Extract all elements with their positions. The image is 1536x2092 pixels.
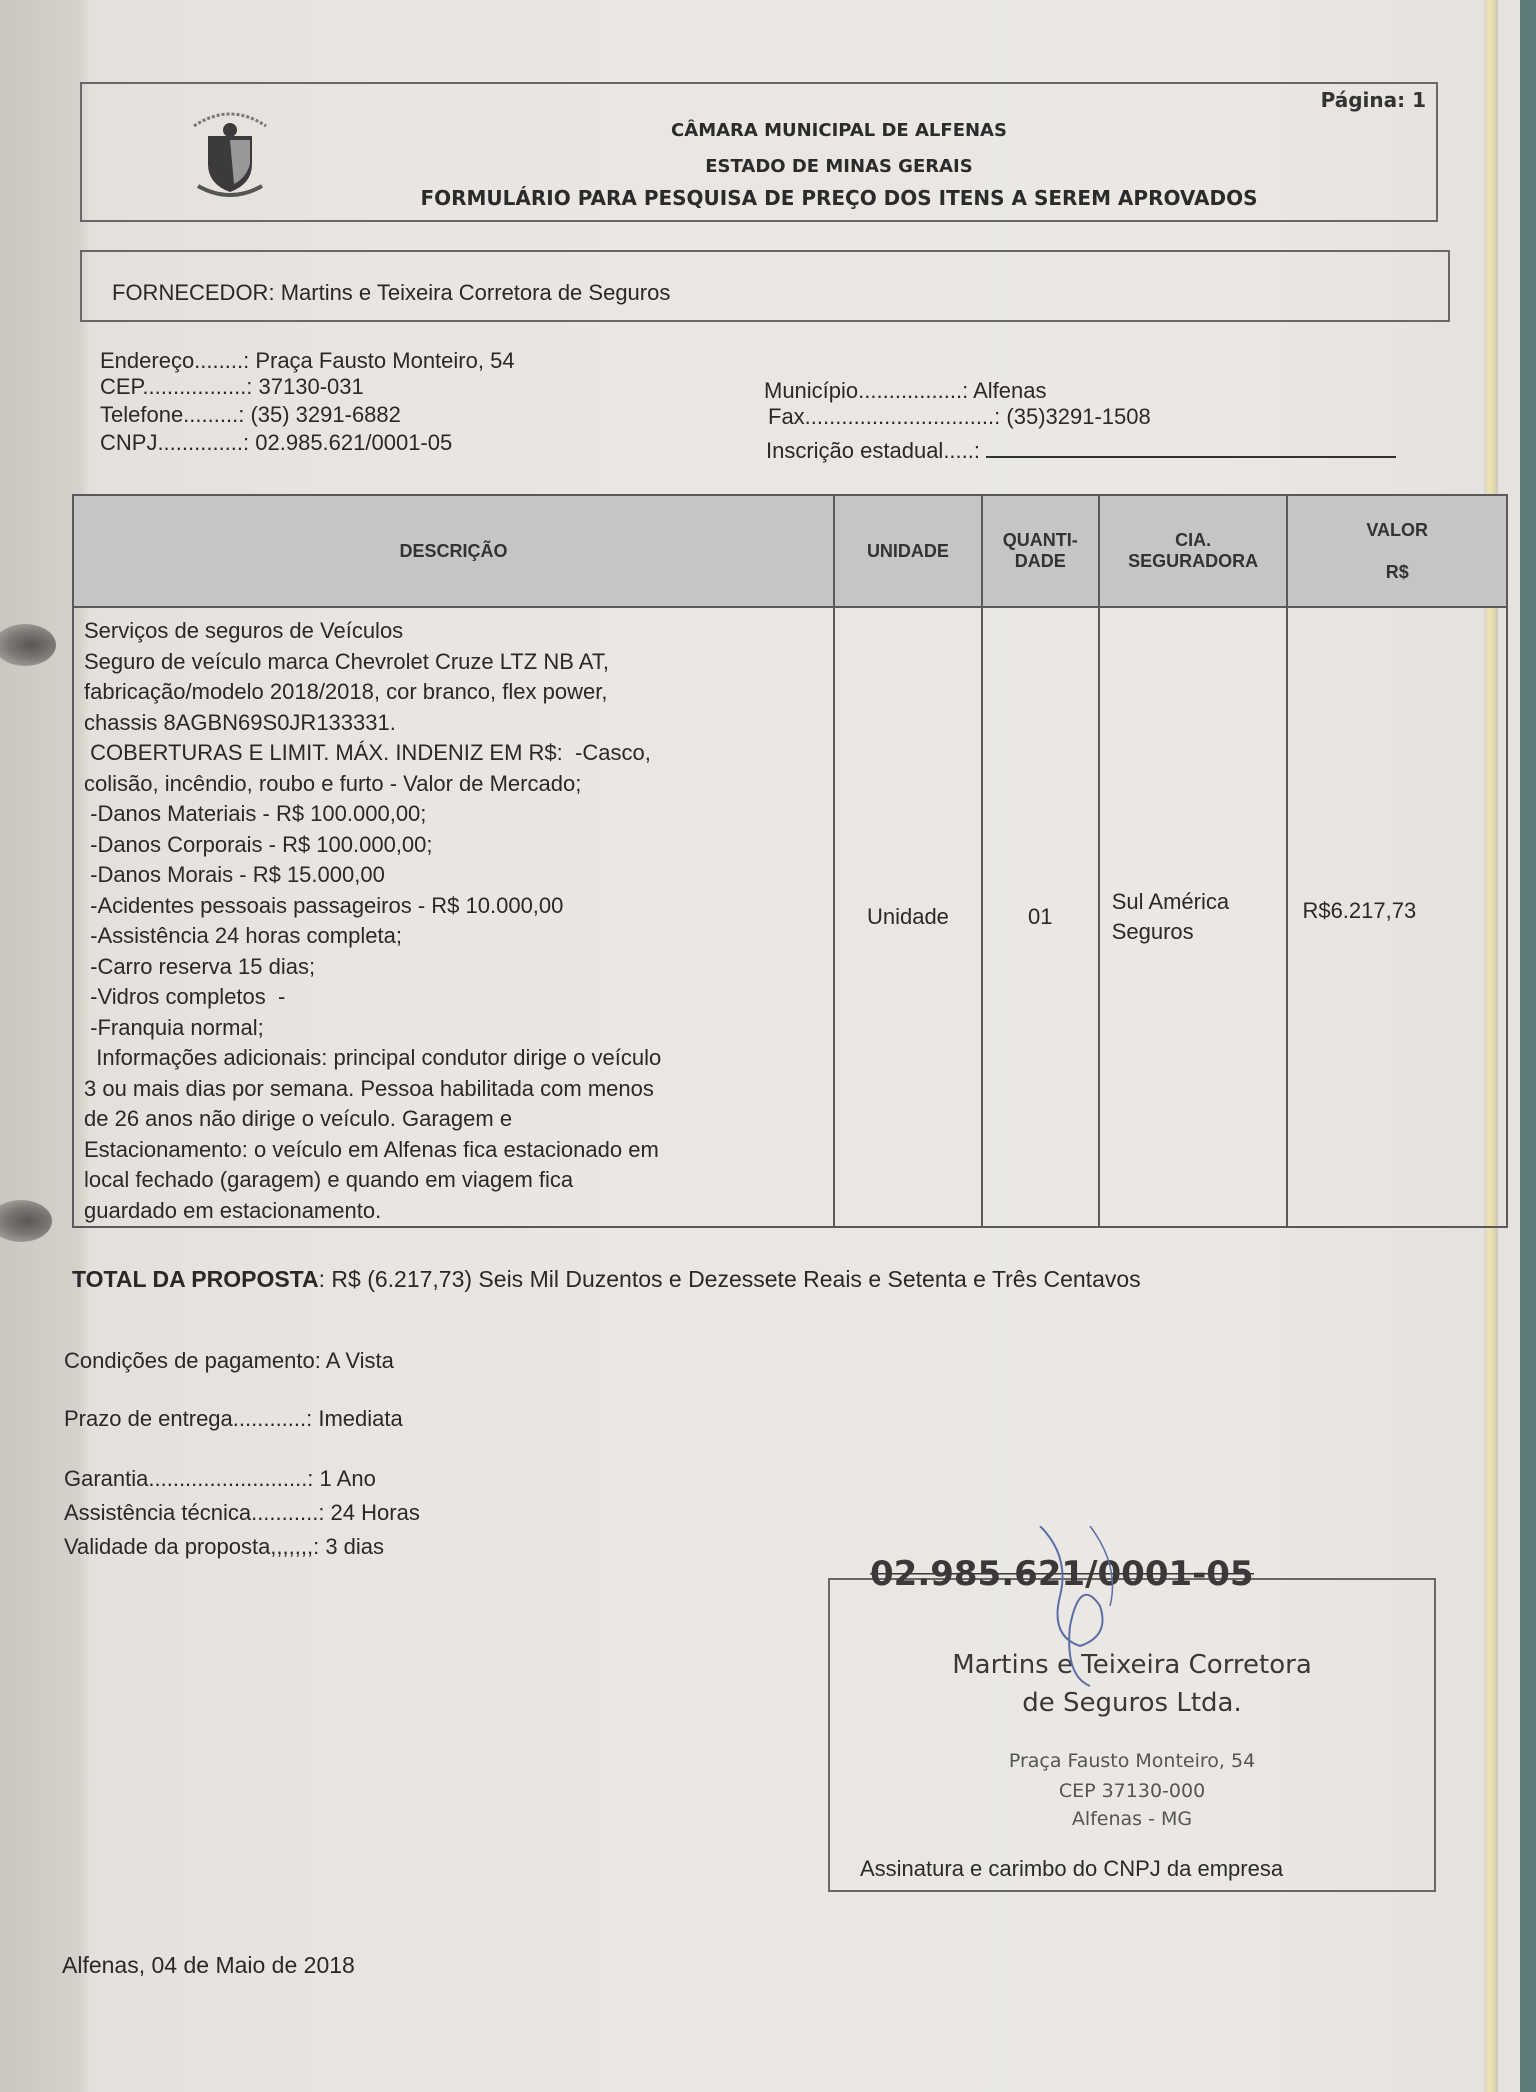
description-line: -Franquia normal; bbox=[84, 1013, 823, 1044]
description-line: Informações adicionais: principal condut… bbox=[84, 1043, 823, 1074]
description-line: -Acidentes pessoais passageiros - R$ 10.… bbox=[84, 891, 823, 922]
header-value-line1: VALOR bbox=[1366, 520, 1428, 540]
description-line: local fechado (garagem) e quando em viag… bbox=[84, 1165, 823, 1196]
description-line: -Carro reserva 15 dias; bbox=[84, 952, 823, 983]
item-insurer-line2: Seguros bbox=[1112, 919, 1194, 944]
address-row: Endereço........: Praça Fausto Monteiro,… bbox=[100, 350, 515, 372]
cep-label: CEP.................: bbox=[100, 374, 252, 399]
description-line: chassis 8AGBN69S0JR133331. bbox=[84, 708, 823, 739]
handwritten-signature-icon bbox=[1010, 1526, 1150, 1736]
description-line: -Danos Corporais - R$ 100.000,00; bbox=[84, 830, 823, 861]
description-line: COBERTURAS E LIMIT. MÁX. INDENIZ EM R$: … bbox=[84, 738, 823, 769]
description-line: de 26 anos não dirige o veículo. Garagem… bbox=[84, 1104, 823, 1135]
state-registration-value bbox=[986, 440, 1396, 458]
form-title: FORMULÁRIO PARA PESQUISA DE PREÇO DOS IT… bbox=[82, 186, 1436, 210]
header-value-line2: R$ bbox=[1386, 562, 1409, 582]
item-insurer: Sul América Seguros bbox=[1099, 607, 1288, 1227]
description-line: colisão, incêndio, roubo e furto - Valor… bbox=[84, 769, 823, 800]
description-line: -Danos Morais - R$ 15.000,00 bbox=[84, 860, 823, 891]
page-number: Página: 1 bbox=[1321, 88, 1426, 112]
description-line: Serviços de seguros de Veículos bbox=[84, 616, 823, 647]
header-quantity-line1: QUANTI- bbox=[1003, 530, 1078, 550]
proposal-validity: Validade da proposta,,,,,,,: 3 dias bbox=[64, 1534, 384, 1560]
delivery-time: Prazo de entrega............: Imediata bbox=[64, 1406, 403, 1432]
supplier-line: FORNECEDOR: Martins e Teixeira Corretora… bbox=[112, 280, 670, 306]
stamp-address: Praça Fausto Monteiro, 54 bbox=[830, 1750, 1434, 1772]
supplier-box: FORNECEDOR: Martins e Teixeira Corretora… bbox=[80, 250, 1450, 322]
table-header-row: DESCRIÇÃO UNIDADE QUANTI- DADE CIA. SEGU… bbox=[73, 495, 1507, 607]
phone-value: (35) 3291-6882 bbox=[250, 402, 400, 427]
warranty: Garantia..........................: 1 An… bbox=[64, 1466, 376, 1492]
item-quantity: 01 bbox=[982, 607, 1099, 1227]
description-line: Estacionamento: o veículo em Alfenas fic… bbox=[84, 1135, 823, 1166]
supplier-label: FORNECEDOR: bbox=[112, 280, 275, 305]
punch-hole-bottom bbox=[0, 1200, 52, 1242]
state-registration-row: Inscrição estadual.....: bbox=[766, 440, 1396, 462]
document-page: Página: 1 CÂMARA MUNICIPAL DE ALFENAS ES… bbox=[0, 0, 1520, 2092]
total-value: : R$ (6.217,73) Seis Mil Duzentos e Deze… bbox=[319, 1266, 1141, 1292]
municipality-value: Alfenas bbox=[973, 378, 1046, 403]
technical-assistance: Assistência técnica...........: 24 Horas bbox=[64, 1500, 420, 1526]
address-value: Praça Fausto Monteiro, 54 bbox=[255, 348, 514, 373]
description-line: Seguro de veículo marca Chevrolet Cruze … bbox=[84, 647, 823, 678]
description-lines: Serviços de seguros de VeículosSeguro de… bbox=[84, 616, 823, 1226]
total-proposal: TOTAL DA PROPOSTA: R$ (6.217,73) Seis Mi… bbox=[72, 1266, 1141, 1293]
cep-row: CEP.................: 37130-031 bbox=[100, 376, 364, 398]
item-description: Serviços de seguros de VeículosSeguro de… bbox=[73, 607, 834, 1227]
header-insurer-line2: SEGURADORA bbox=[1128, 551, 1258, 571]
description-line: 3 ou mais dias por semana. Pessoa habili… bbox=[84, 1074, 823, 1105]
address-label: Endereço........: bbox=[100, 348, 249, 373]
cnpj-label: CNPJ..............: bbox=[100, 430, 249, 455]
header-value: VALOR R$ bbox=[1287, 495, 1507, 607]
stamp-city: Alfenas - MG bbox=[830, 1808, 1434, 1830]
description-line: -Vidros completos - bbox=[84, 982, 823, 1013]
supplier-name: Martins e Teixeira Corretora de Seguros bbox=[281, 280, 671, 305]
fax-row: Fax...............................: (35)… bbox=[768, 406, 1151, 428]
header-unit: UNIDADE bbox=[834, 495, 982, 607]
item-insurer-line1: Sul América bbox=[1112, 889, 1229, 914]
cnpj-row: CNPJ..............: 02.985.621/0001-05 bbox=[100, 432, 452, 454]
stamp-cep: CEP 37130-000 bbox=[830, 1780, 1434, 1802]
header-quantity: QUANTI- DADE bbox=[982, 495, 1099, 607]
signature-caption: Assinatura e carimbo do CNPJ da empresa bbox=[860, 1856, 1283, 1882]
state-name: ESTADO DE MINAS GERAIS bbox=[82, 156, 1436, 177]
description-line: fabricação/modelo 2018/2018, cor branco,… bbox=[84, 677, 823, 708]
institution-name: CÂMARA MUNICIPAL DE ALFENAS bbox=[82, 120, 1436, 141]
municipality-label: Município.................: bbox=[764, 378, 968, 403]
description-line: guardado em estacionamento. bbox=[84, 1196, 823, 1227]
item-value: R$6.217,73 bbox=[1287, 607, 1507, 1227]
phone-label: Telefone.........: bbox=[100, 402, 244, 427]
state-registration-label: Inscrição estadual.....: bbox=[766, 438, 980, 463]
payment-conditions: Condições de pagamento: A Vista bbox=[64, 1348, 394, 1374]
description-line: -Assistência 24 horas completa; bbox=[84, 921, 823, 952]
total-label: TOTAL DA PROPOSTA bbox=[72, 1266, 319, 1292]
header-box: Página: 1 CÂMARA MUNICIPAL DE ALFENAS ES… bbox=[80, 82, 1438, 222]
phone-row: Telefone.........: (35) 3291-6882 bbox=[100, 404, 401, 426]
header-quantity-line2: DADE bbox=[1015, 551, 1066, 571]
punch-hole-top bbox=[0, 624, 56, 666]
items-table: DESCRIÇÃO UNIDADE QUANTI- DADE CIA. SEGU… bbox=[72, 494, 1508, 1228]
fax-value: (35)3291-1508 bbox=[1006, 404, 1150, 429]
header-description: DESCRIÇÃO bbox=[73, 495, 834, 607]
fax-label: Fax...............................: bbox=[768, 404, 1000, 429]
municipality-row: Município.................: Alfenas bbox=[764, 380, 1046, 402]
description-line: -Danos Materiais - R$ 100.000,00; bbox=[84, 799, 823, 830]
header-insurer: CIA. SEGURADORA bbox=[1099, 495, 1288, 607]
document-date: Alfenas, 04 de Maio de 2018 bbox=[62, 1952, 355, 1979]
cep-value: 37130-031 bbox=[259, 374, 364, 399]
header-insurer-line1: CIA. bbox=[1175, 530, 1211, 550]
item-unit: Unidade bbox=[834, 607, 982, 1227]
cnpj-value: 02.985.621/0001-05 bbox=[255, 430, 452, 455]
table-row: Serviços de seguros de VeículosSeguro de… bbox=[73, 607, 1507, 1227]
